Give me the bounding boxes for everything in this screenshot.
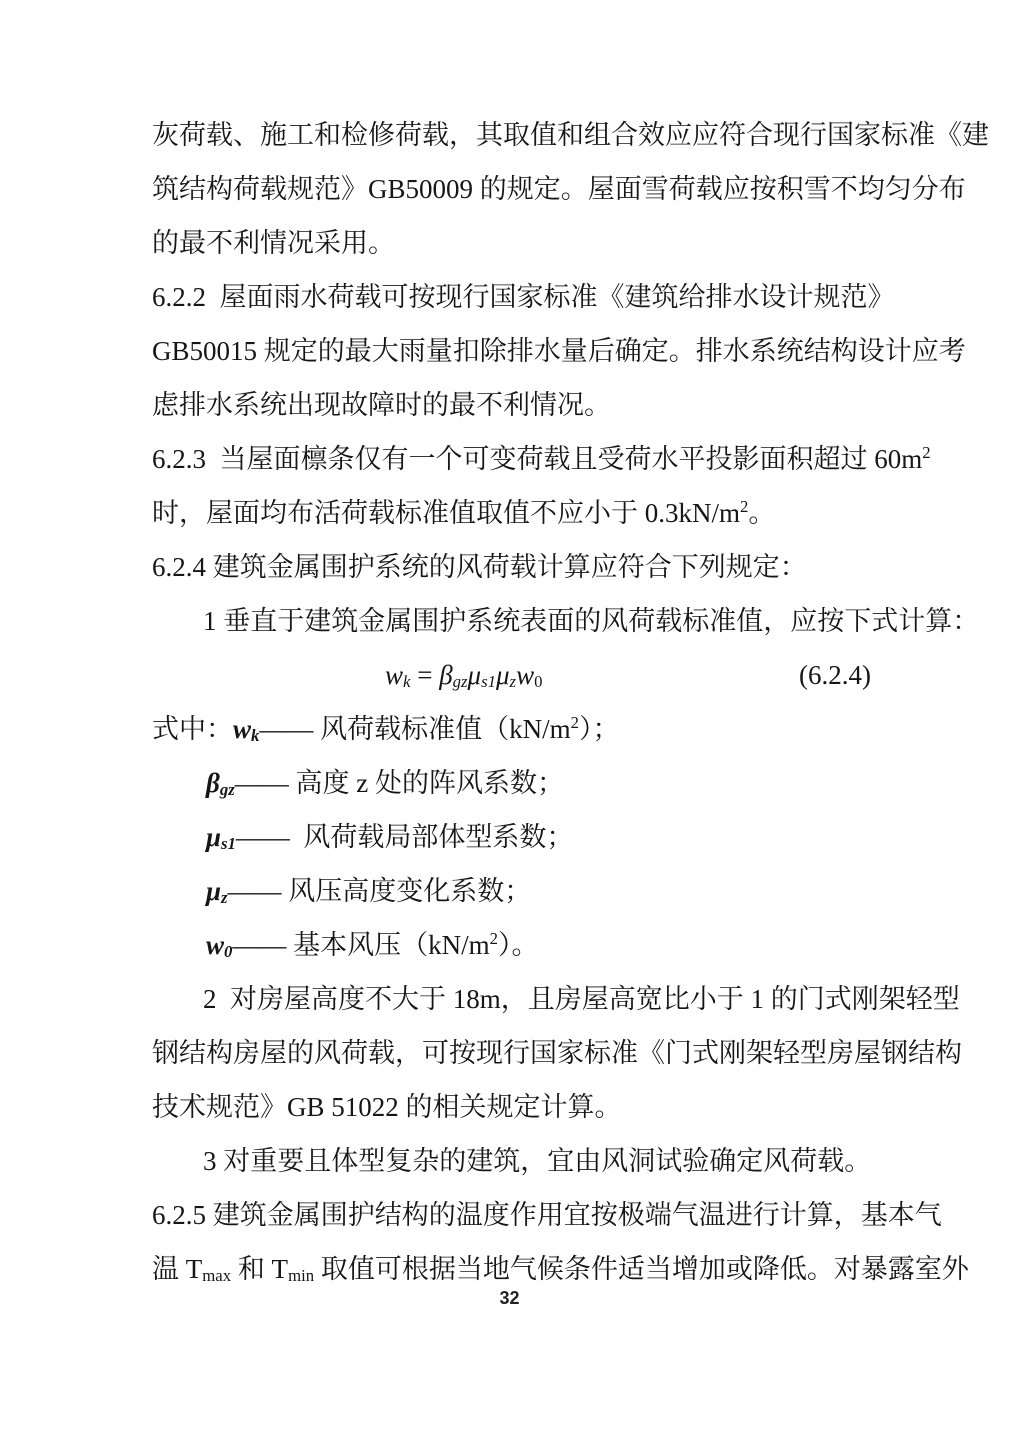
text-run: gz <box>220 780 235 799</box>
text-line: 的最不利情况采用。 <box>152 216 871 270</box>
text-run: μ <box>468 660 482 690</box>
text-run: 温 T <box>152 1254 202 1284</box>
text-line: 6.2.2 屋面雨水荷载可按现行国家标准《建筑给排水设计规范》 <box>152 270 871 324</box>
text-run: 2 <box>571 713 579 732</box>
text-run: max <box>202 1266 231 1285</box>
text-line: 6.2.5 建筑金属围护结构的温度作用宜按极端气温进行计算，基本气 <box>152 1188 871 1242</box>
text-line: 2 对房屋高度不大于 18m，且房屋高宽比小于 1 的门式刚架轻型 <box>152 972 871 1026</box>
text-run: 3 对重要且体型复杂的建筑，宜由风洞试验确定风荷载。 <box>203 1146 871 1176</box>
text-line: 1 垂直于建筑金属围护系统表面的风荷载标准值，应按下式计算： <box>152 594 871 648</box>
text-run: 虑排水系统出现故障时的最不利情况。 <box>152 390 611 420</box>
equation-number: (6.2.4) <box>799 648 871 702</box>
text-line: 6.2.4 建筑金属围护系统的风荷载计算应符合下列规定： <box>152 540 871 594</box>
text-run: s1 <box>481 672 496 691</box>
document-page: 灰荷载、施工和检修荷载，其取值和组合效应应符合现行国家标准《建筑结构荷载规范》G… <box>0 0 1019 1440</box>
text-line: w0—— 基本风压（kN/m2）。 <box>152 918 871 972</box>
text-run: = <box>410 660 439 690</box>
text-run: 2 <box>922 443 930 462</box>
text-line: μz—— 风压高度变化系数； <box>152 864 871 918</box>
text-run: ）。 <box>498 930 539 960</box>
text-run: 灰荷载、施工和检修荷载，其取值和组合效应应符合现行国家标准《建 <box>152 120 989 150</box>
text-run: w <box>516 660 534 690</box>
formula-line: wk = βgzμs1μzw0(6.2.4) <box>152 648 871 702</box>
text-line: 式中：wk—— 风荷载标准值（kN/m2）； <box>152 702 871 756</box>
text-run: 6.2.3 当屋面檩条仅有一个可变荷载且受荷水平投影面积超过 60m <box>152 444 922 474</box>
text-line: 钢结构房屋的风荷载，可按现行国家标准《门式刚架轻型房屋钢结构 <box>152 1026 871 1080</box>
text-run: —— 高度 z 处的阵风系数； <box>235 768 564 798</box>
text-run: —— 基本风压（kN/m <box>232 930 489 960</box>
page-number: 32 <box>499 1288 519 1308</box>
text-run: s1 <box>221 834 236 853</box>
document-body: 灰荷载、施工和检修荷载，其取值和组合效应应符合现行国家标准《建筑结构荷载规范》G… <box>152 108 871 1296</box>
text-run: GB50015 规定的最大雨量扣除排水量后确定。排水系统结构设计应考 <box>152 336 966 366</box>
text-run: 6.2.5 建筑金属围护结构的温度作用宜按极端气温进行计算，基本气 <box>152 1200 942 1230</box>
text-run: β <box>206 768 220 798</box>
text-run: 的最不利情况采用。 <box>152 228 395 258</box>
text-run: 筑结构荷载规范》GB50009 的规定。屋面雪荷载应按积雪不均匀分布 <box>152 174 966 204</box>
text-run: μ <box>206 822 221 852</box>
text-run: 时，屋面均布活荷载标准值取值不应小于 0.3kN/m <box>152 498 740 528</box>
text-line: βgz—— 高度 z 处的阵风系数； <box>152 756 871 810</box>
text-run: 取值可根据当地气候条件适当增加或降低。对暴露室外 <box>314 1254 969 1284</box>
text-run: ）； <box>579 714 620 744</box>
text-run: 2 对房屋高度不大于 18m，且房屋高宽比小于 1 的门式刚架轻型 <box>203 984 960 1014</box>
text-run: gz <box>453 672 468 691</box>
text-line: 筑结构荷载规范》GB50009 的规定。屋面雪荷载应按积雪不均匀分布 <box>152 162 871 216</box>
text-line: GB50015 规定的最大雨量扣除排水量后确定。排水系统结构设计应考 <box>152 324 871 378</box>
text-line: 时，屋面均布活荷载标准值取值不应小于 0.3kN/m2。 <box>152 486 871 540</box>
text-run: min <box>288 1266 314 1285</box>
text-run: 6.2.4 建筑金属围护系统的风荷载计算应符合下列规定： <box>152 552 807 582</box>
text-run: —— 风荷载标准值（kN/m <box>259 714 570 744</box>
text-line: 技术规范》GB 51022 的相关规定计算。 <box>152 1080 871 1134</box>
text-run: μ <box>496 660 510 690</box>
text-run: —— 风压高度变化系数； <box>228 876 532 906</box>
text-run: w <box>233 714 251 744</box>
text-run: 2 <box>490 929 498 948</box>
text-line: μs1—— 风荷载局部体型系数； <box>152 810 871 864</box>
text-run: β <box>439 660 452 690</box>
text-line: 3 对重要且体型复杂的建筑，宜由风洞试验确定风荷载。 <box>152 1134 871 1188</box>
text-line: 6.2.3 当屋面檩条仅有一个可变荷载且受荷水平投影面积超过 60m2 <box>152 432 871 486</box>
text-run: 0 <box>534 672 542 691</box>
text-run: 。 <box>748 498 775 528</box>
text-run: 式中： <box>152 714 233 744</box>
text-run: 6.2.2 屋面雨水荷载可按现行国家标准《建筑给排水设计规范》 <box>152 282 895 312</box>
text-line: 虑排水系统出现故障时的最不利情况。 <box>152 378 871 432</box>
text-run: w <box>385 660 403 690</box>
text-line: 灰荷载、施工和检修荷载，其取值和组合效应应符合现行国家标准《建 <box>152 108 871 162</box>
text-run: 钢结构房屋的风荷载，可按现行国家标准《门式刚架轻型房屋钢结构 <box>152 1038 962 1068</box>
text-run: μ <box>206 876 221 906</box>
text-run: 1 垂直于建筑金属围护系统表面的风荷载标准值，应按下式计算： <box>203 606 979 636</box>
text-run: w <box>206 930 224 960</box>
text-run: 技术规范》GB 51022 的相关规定计算。 <box>152 1092 622 1122</box>
page-footer: 32 <box>0 1288 1019 1309</box>
text-run: —— 风荷载局部体型系数； <box>236 822 574 852</box>
text-run: 和 T <box>231 1254 288 1284</box>
